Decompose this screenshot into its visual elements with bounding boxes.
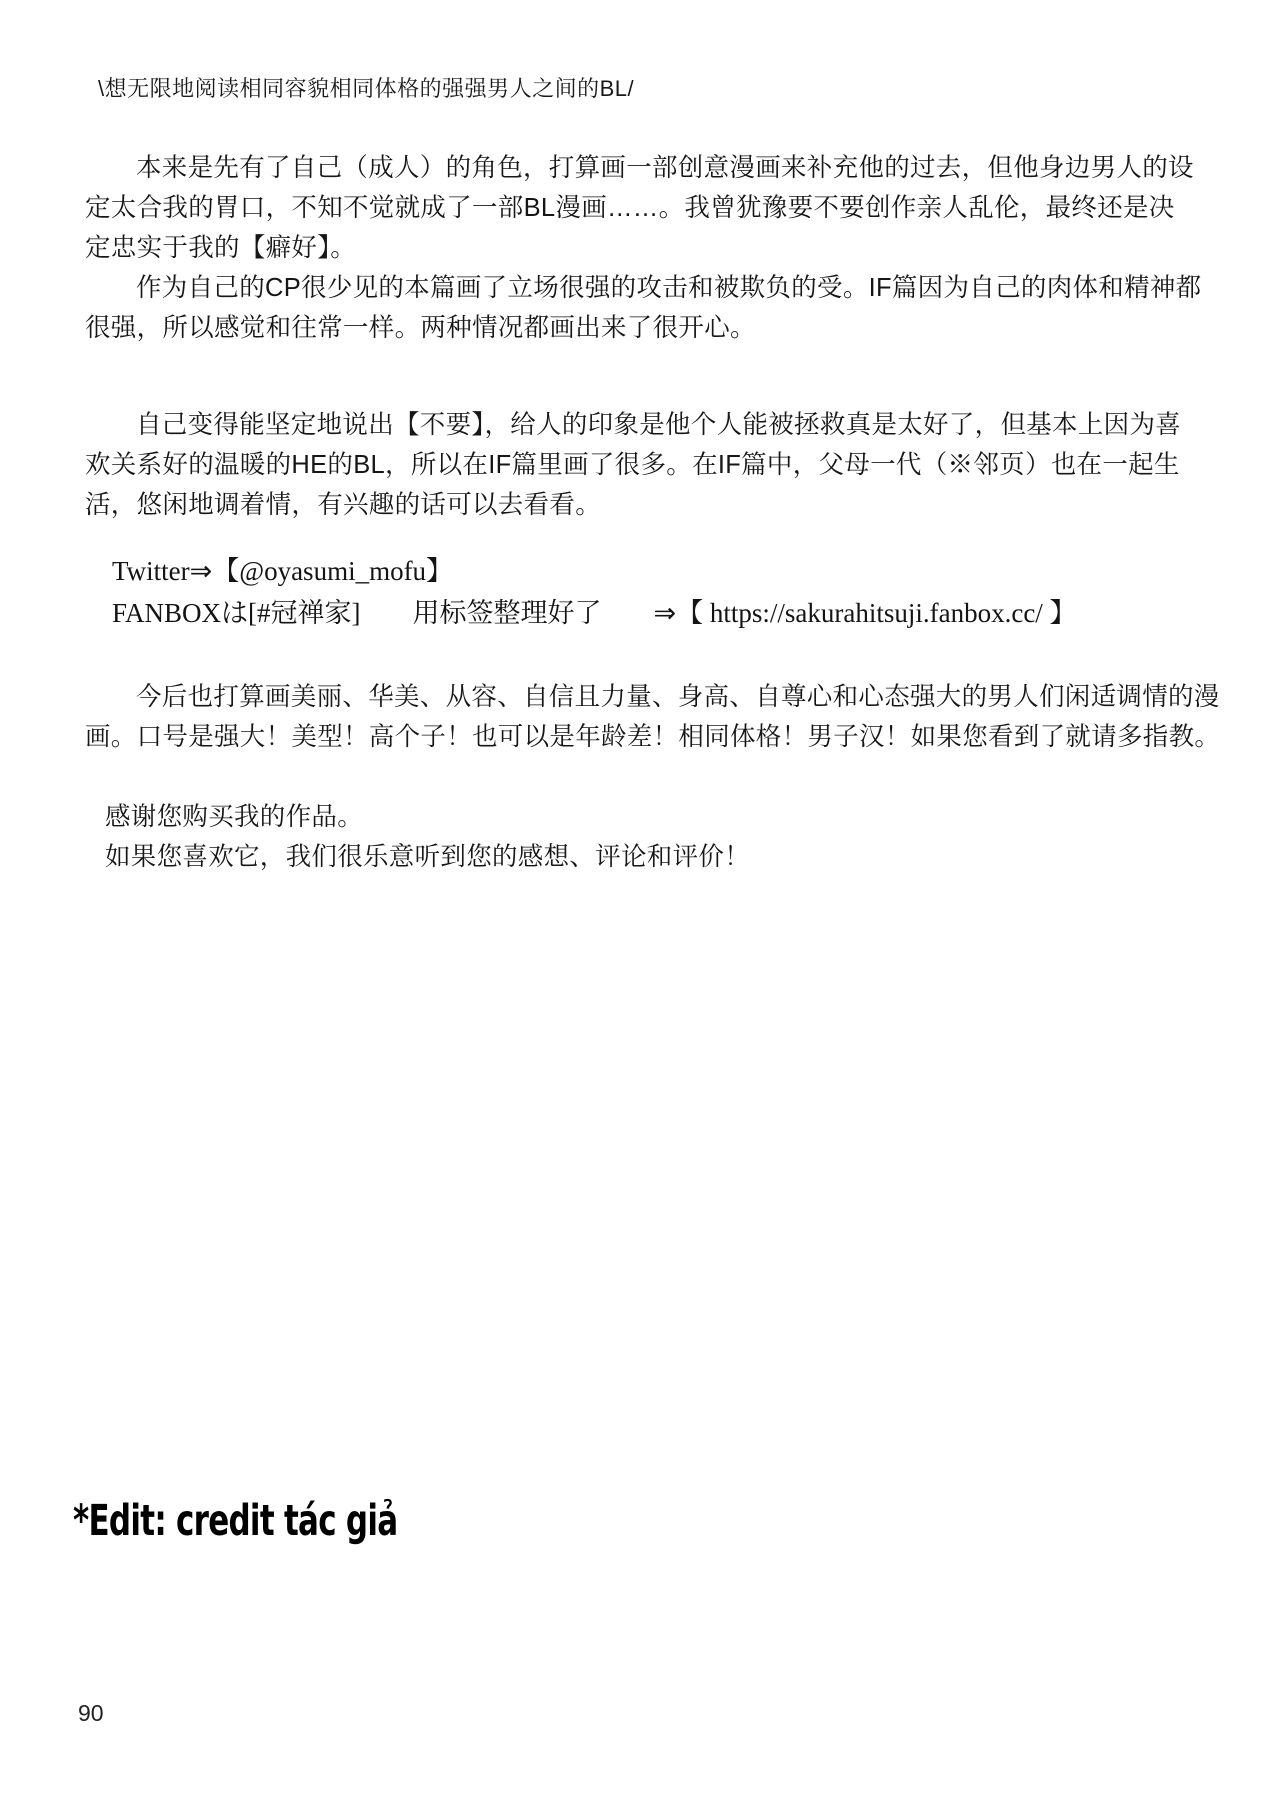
paragraph-line: 自己变得能坚定地说出【不要】，给人的印象是他个人能被拯救真是太好了，但基本上因为… xyxy=(85,405,1235,445)
fanbox-note: 用标签整理好了 xyxy=(413,598,602,628)
paragraph-line: 画。口号是强大！美型！高个子！也可以是年龄差！相同体格！男子汉！如果您看到了就请… xyxy=(85,717,1235,757)
fanbox-line: FANBOXは[#冠禅家]用标签整理好了⇒【 https://sakurahit… xyxy=(112,592,1077,634)
twitter-handle-line: Twitter⇒【@oyasumi_mofu】 xyxy=(112,550,1077,592)
header-tagline: \想无限地阅读相同容貌相同体格的强强男人之间的BL/ xyxy=(98,72,634,103)
paragraph-line: 本来是先有了自己（成人）的角色，打算画一部创意漫画来补充他的过去，但他身边男人的… xyxy=(85,148,1235,188)
twitter-handle: Twitter⇒【@oyasumi_mofu】 xyxy=(112,556,453,586)
paragraph-line: 很强，所以感觉和往常一样。两种情况都画出来了很开心。 xyxy=(85,308,1235,348)
author-links: Twitter⇒【@oyasumi_mofu】 FANBOXは[#冠禅家]用标签… xyxy=(112,550,1077,634)
paragraph-line: 如果您喜欢它，我们很乐意听到您的感想、评论和评价！ xyxy=(105,837,1255,877)
fanbox-url: ⇒【 https://sakurahitsuji.fanbox.cc/ 】 xyxy=(654,598,1077,628)
paragraph-line: 今后也打算画美丽、华美、从容、自信且力量、身高、自尊心和心态强大的男人们闲适调情… xyxy=(85,677,1235,717)
document-page: \想无限地阅读相同容貌相同体格的强强男人之间的BL/ 本来是先有了自己（成人）的… xyxy=(0,0,1280,1807)
paragraph-line: 定太合我的胃口，不知不觉就成了一部BL漫画……。我曾犹豫要不要创作亲人乱伦，最终… xyxy=(85,188,1235,228)
paragraph-future-plans: 今后也打算画美丽、华美、从容、自信且力量、身高、自尊心和心态强大的男人们闲适调情… xyxy=(85,677,1235,757)
paragraph-if-story-notes: 自己变得能坚定地说出【不要】，给人的印象是他个人能被拯救真是太好了，但基本上因为… xyxy=(85,405,1235,525)
paragraph-thanks: 感谢您购买我的作品。 如果您喜欢它，我们很乐意听到您的感想、评论和评价！ xyxy=(105,797,1255,877)
edit-credit-note: *Edit: credit tác giả xyxy=(73,1496,397,1546)
paragraph-line: 感谢您购买我的作品。 xyxy=(105,797,1255,837)
page-number: 90 xyxy=(78,1700,104,1727)
fanbox-tag: FANBOXは[#冠禅家] xyxy=(112,598,361,628)
paragraph-line: 活，悠闲地调着情，有兴趣的话可以去看看。 xyxy=(85,485,1235,525)
paragraph-creation-notes: 本来是先有了自己（成人）的角色，打算画一部创意漫画来补充他的过去，但他身边男人的… xyxy=(85,148,1235,348)
paragraph-line: 定忠实于我的【癖好】。 xyxy=(85,228,1235,268)
paragraph-line: 欢关系好的温暖的HE的BL，所以在IF篇里画了很多。在IF篇中，父母一代（※邻页… xyxy=(85,445,1235,485)
paragraph-line: 作为自己的CP很少见的本篇画了立场很强的攻击和被欺负的受。IF篇因为自己的肉体和… xyxy=(85,268,1235,308)
